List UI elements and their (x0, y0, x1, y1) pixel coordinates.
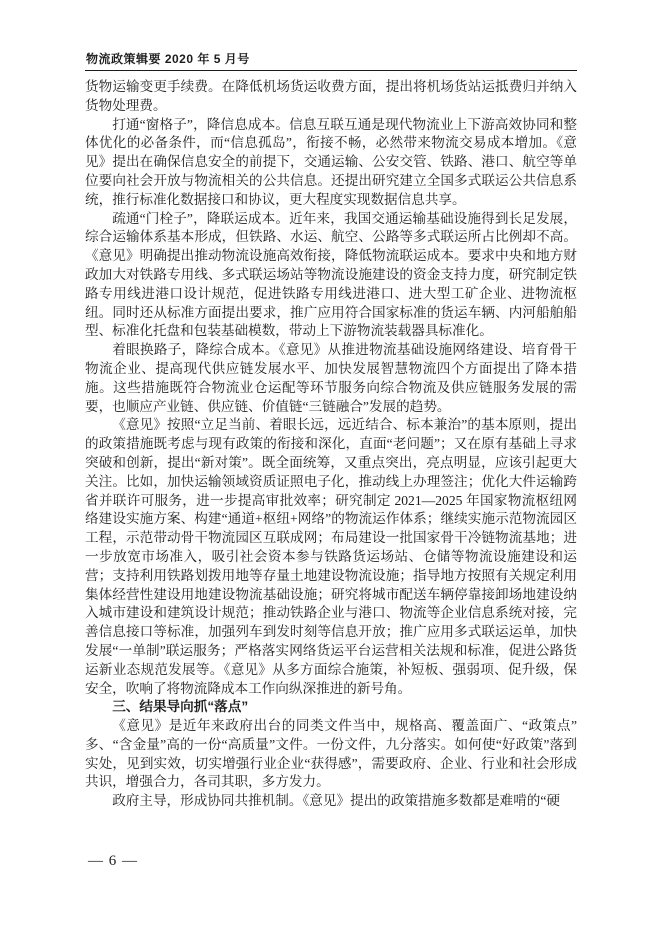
header-rule-divider (85, 70, 577, 71)
document-body: 货物运输变更手续费。在降低机场货运收费方面，提出将机场货站运抵费归并纳入货物处理… (85, 78, 577, 811)
paragraph-high-quality-document: 《意见》是近年来政府出台的同类文件当中，规格高、覆盖面广、“政策点”多、“含金量… (85, 717, 577, 792)
paragraph-continuation: 货物运输变更手续费。在降低机场货运收费方面，提出将机场货站运抵费归并纳入货物处理… (85, 78, 577, 116)
paragraph-intermodal-cost: 疏通“门栓子”，降联运成本。近年来，我国交通运输基础设施得到长足发展，综合运输体… (85, 210, 577, 342)
document-page: 物流政策辑要 2020 年 5 月号 货物运输变更手续费。在降低机场货运收费方面… (0, 0, 662, 936)
section-heading: 三、结果导向抓“落点” (85, 698, 577, 717)
paragraph-government-leadership: 政府主导，形成协同共推机制。《意见》提出的政策措施多数都是难啃的“硬 (85, 792, 577, 811)
paragraph-policy-measures: 《意见》按照“立足当前、着眼长远，远近结合、标本兼治”的基本原则，提出的政策措施… (85, 416, 577, 698)
paragraph-info-cost: 打通“窗格子”，降信息成本。信息互联互通是现代物流业上下游高效协同和整体优化的必… (85, 116, 577, 210)
running-header-title: 物流政策辑要 2020 年 5 月号 (86, 52, 250, 66)
page-number: — 6 — (88, 853, 138, 869)
page-footer: — 6 — (88, 853, 138, 870)
running-header: 物流政策辑要 2020 年 5 月号 (86, 50, 250, 67)
paragraph-comprehensive-cost: 着眼换路子，降综合成本。《意见》从推进物流基础设施网络建设、培育骨干物流企业、提… (85, 341, 577, 416)
